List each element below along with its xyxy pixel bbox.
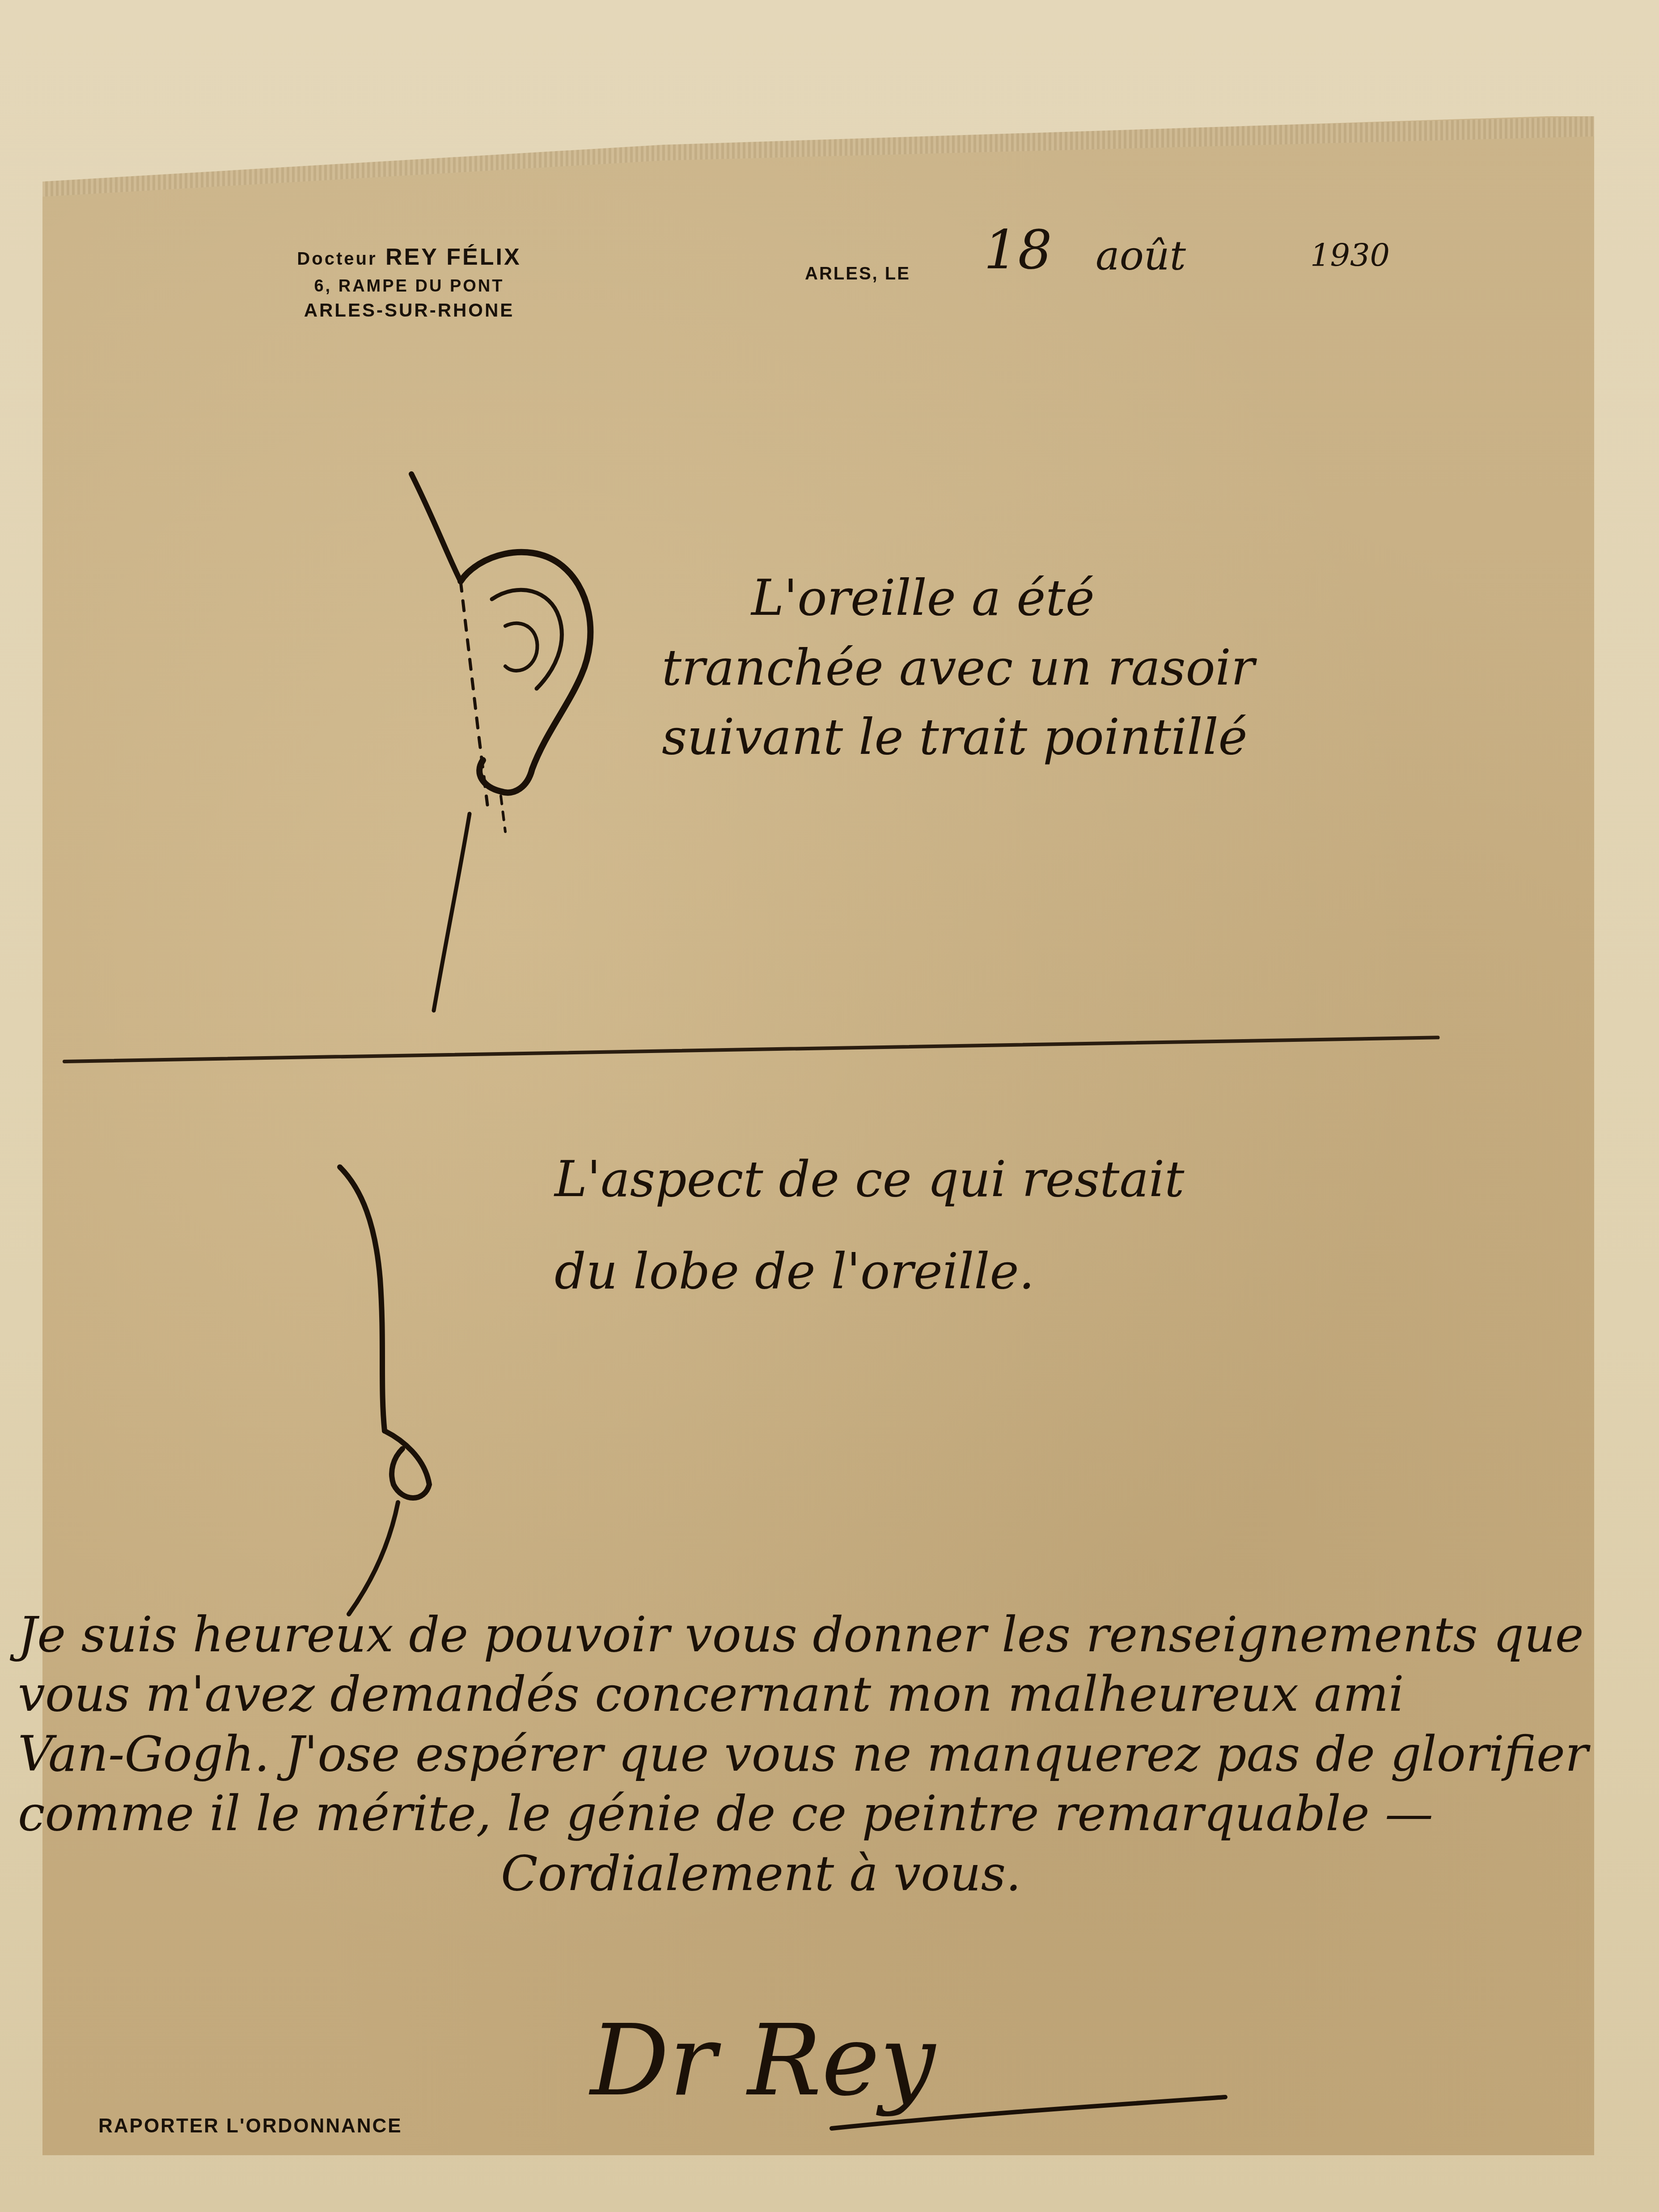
signature-underline-icon	[827, 2079, 1230, 2133]
earlobe-sketch-icon	[322, 1163, 456, 1619]
place-date: ARLES, LE 18 août 1930	[805, 224, 1431, 295]
letter-line: Van-Gogh. J'ose espérer que vous ne manq…	[18, 1729, 1538, 1780]
date-year: 1930	[1310, 237, 1390, 274]
letter-line: vous m'avez demandés concernant mon malh…	[18, 1669, 1538, 1720]
bottom-sketch-annotation: L'aspect de ce qui restait du lobe de l'…	[554, 1154, 1359, 1337]
letterhead-title: Docteur	[297, 249, 377, 269]
annotation-line: suivant le trait pointillé	[662, 711, 1422, 763]
letter-line: comme il le mérite, le génie de ce peint…	[18, 1789, 1538, 1839]
letterhead-name: Docteur REY FÉLIX	[230, 244, 588, 271]
letter-closing: Cordialement à vous.	[18, 1848, 1538, 1899]
letterhead: Docteur REY FÉLIX 6, RAMPE DU PONT ARLES…	[230, 244, 588, 321]
letterhead-address: 6, RAMPE DU PONT	[230, 277, 588, 296]
top-sketch-annotation: L'oreille a été tranchée avec un rasoir …	[662, 572, 1422, 781]
annotation-line: tranchée avec un rasoir	[662, 642, 1422, 694]
annotation-line: L'aspect de ce qui restait	[554, 1154, 1359, 1205]
letterhead-city: ARLES-SUR-RHONE	[230, 300, 588, 321]
annotation-line: du lobe de l'oreille.	[554, 1246, 1359, 1298]
letter-body: Je suis heureux de pouvoir vous donner l…	[18, 1610, 1538, 1908]
date-day: 18	[984, 219, 1052, 281]
date-month: août	[1096, 233, 1186, 279]
ear-sketch-icon	[394, 465, 626, 1019]
letter-line: Je suis heureux de pouvoir vous donner l…	[18, 1610, 1538, 1660]
footer-note: RAPORTER L'ORDONNANCE	[98, 2115, 402, 2137]
annotation-line: L'oreille a été	[662, 572, 1422, 624]
place-label: ARLES, LE	[805, 264, 910, 284]
letterhead-doctor-name: REY FÉLIX	[385, 244, 521, 270]
